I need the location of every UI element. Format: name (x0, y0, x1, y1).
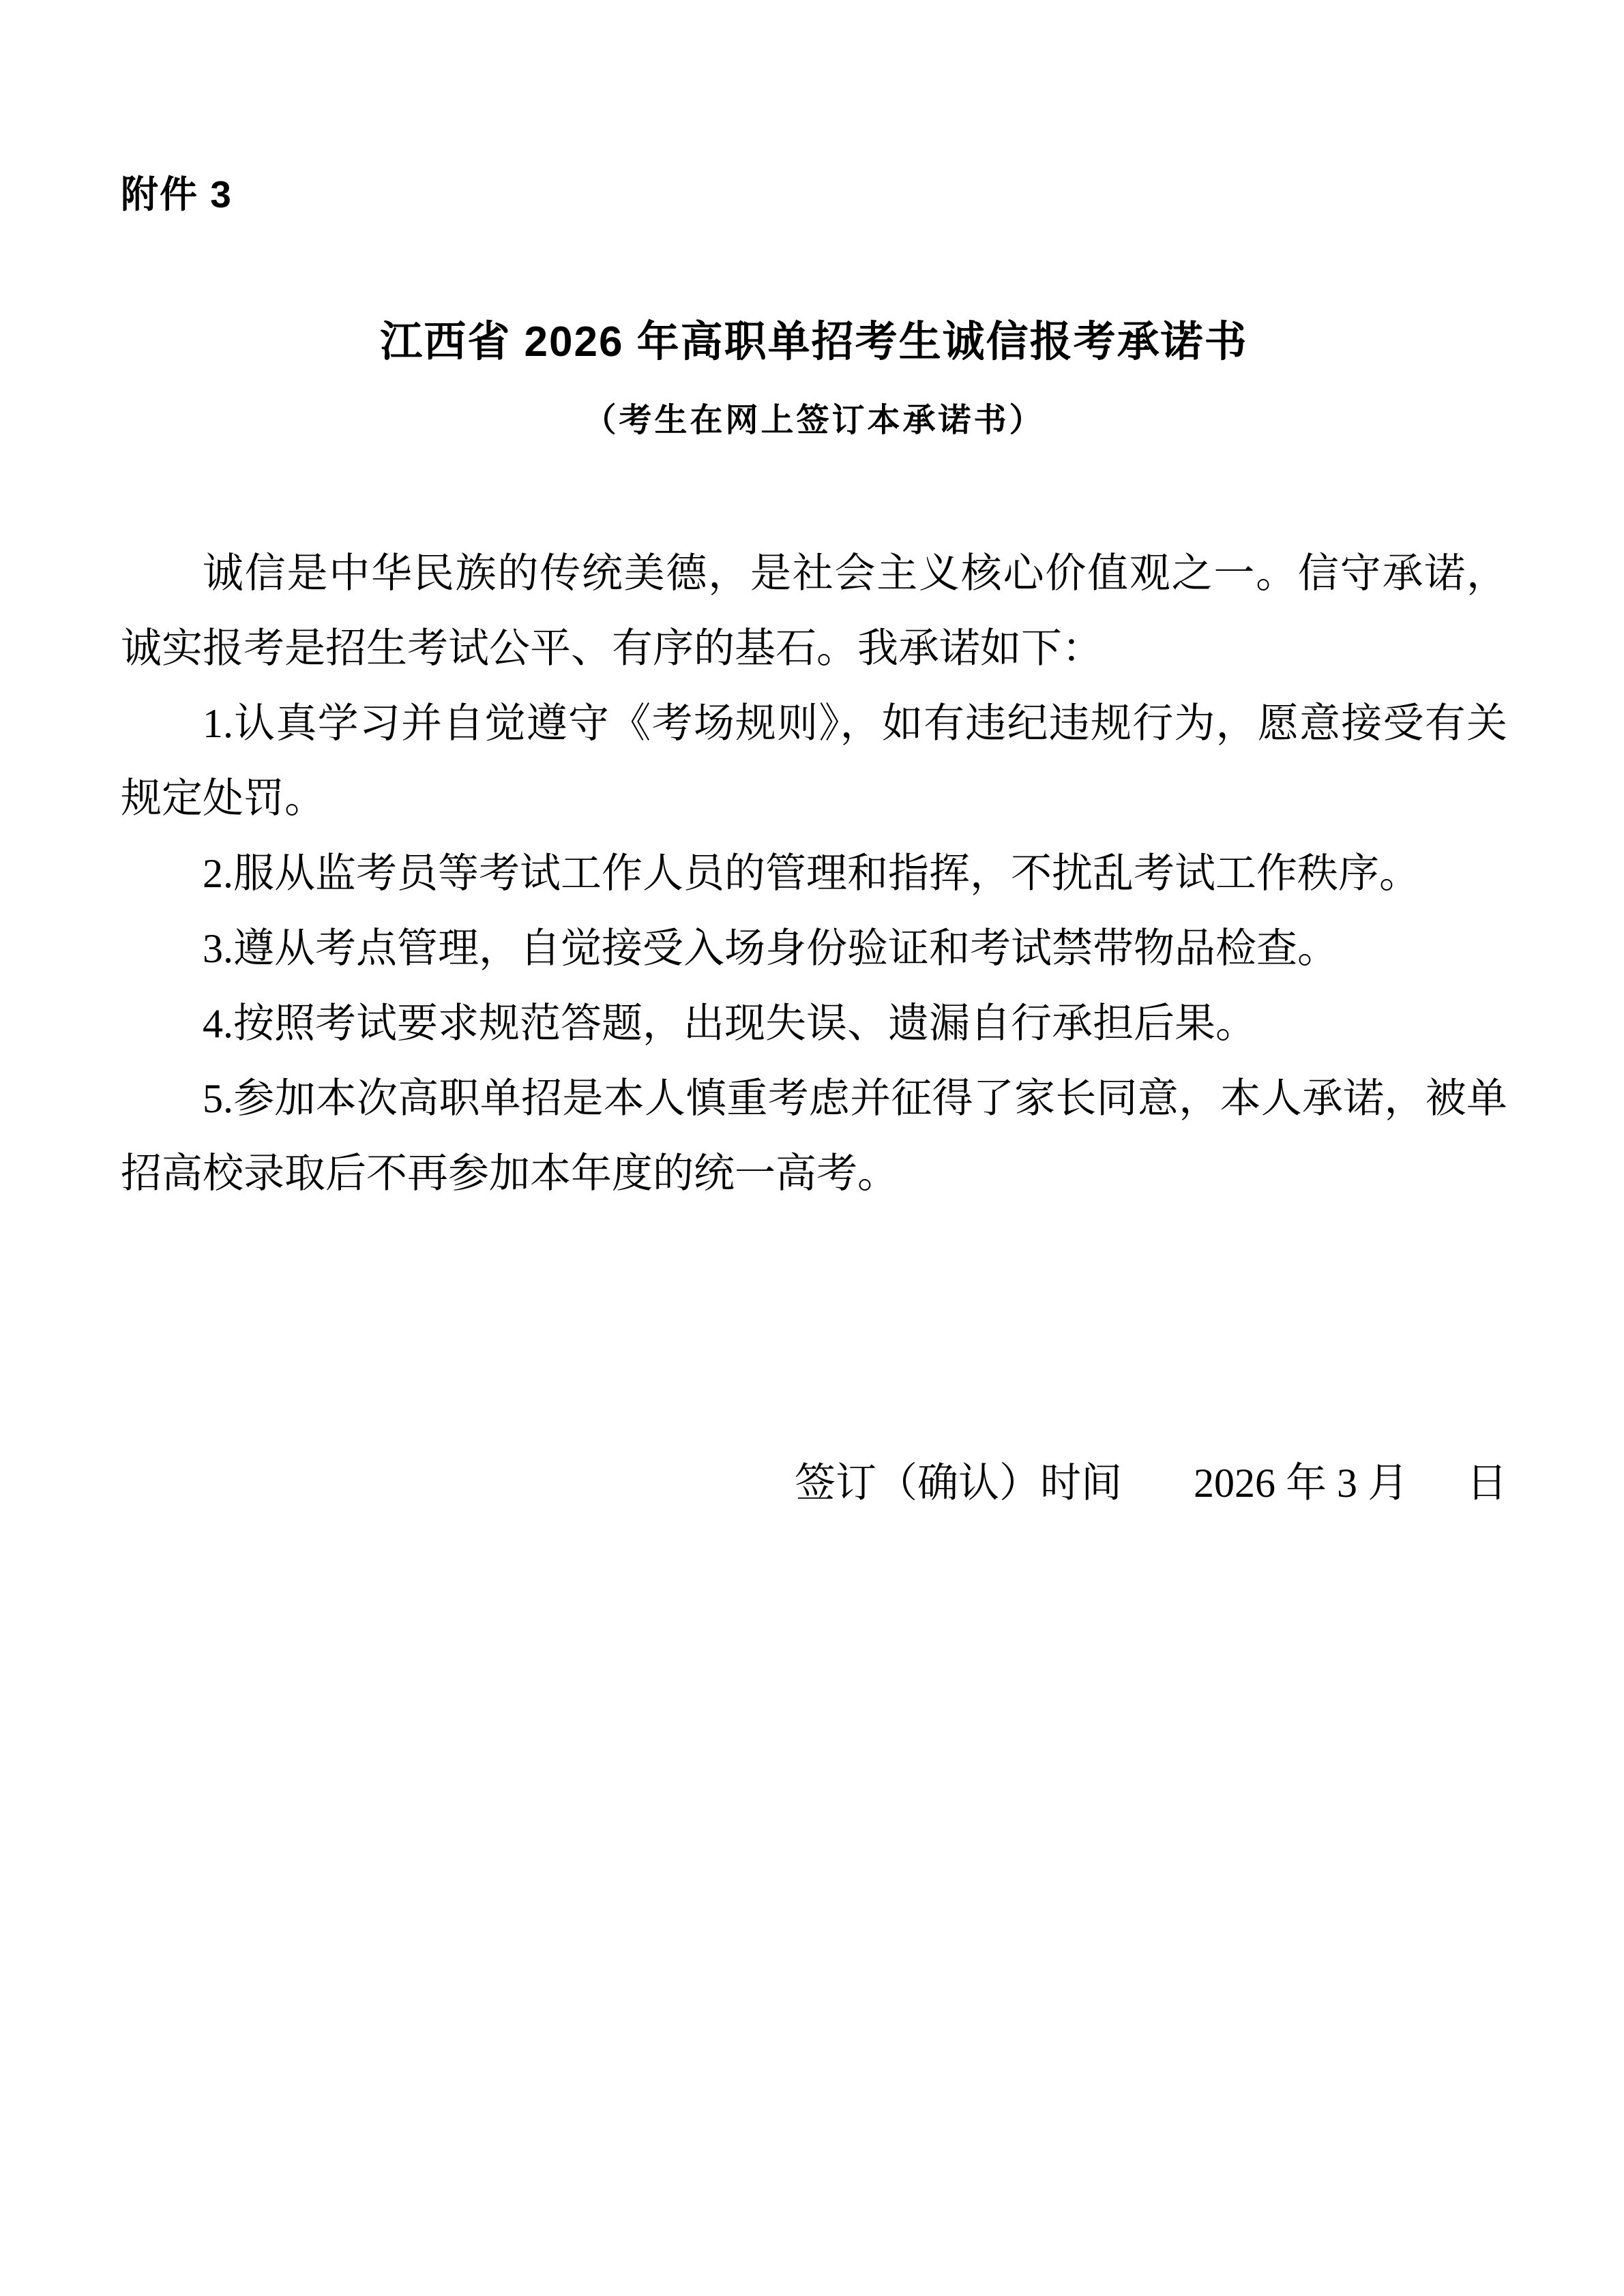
paragraph-item-4: 4.按照考试要求规范答题，出现失误、遗漏自行承担后果。 (121, 986, 1507, 1061)
signature-label: 签订（确认）时间 (795, 1461, 1122, 1506)
document-body: 诚信是中华民族的传统美德，是社会主义核心价值观之一。信守承诺，诚实报考是招生考试… (121, 536, 1507, 1211)
paragraph-item-5: 5.参加本次高职单招是本人慎重考虑并征得了家长同意，本人承诺，被单招高校录取后不… (121, 1061, 1507, 1211)
paragraph-item-1: 1.认真学习并自觉遵守《考场规则》，如有违纪违规行为，愿意接受有关规定处罚。 (121, 686, 1507, 836)
page-subtitle: （考生在网上签订本承诺书） (121, 401, 1507, 441)
paragraph-item-3: 3.遵从考点管理，自觉接受入场身份验证和考试禁带物品检查。 (121, 911, 1507, 986)
signature-line: 签订（确认）时间2026 年 3 月日 (795, 1446, 1507, 1521)
page-title: 江西省 2026 年高职单招考生诚信报考承诺书 (121, 319, 1507, 366)
signature-date: 2026 年 3 月 (1194, 1461, 1408, 1506)
paragraph-item-2: 2.服从监考员等考试工作人员的管理和指挥，不扰乱考试工作秩序。 (121, 836, 1507, 911)
document-page: 附件 3 江西省 2026 年高职单招考生诚信报考承诺书 （考生在网上签订本承诺… (0, 0, 1624, 2296)
paragraph-intro: 诚信是中华民族的传统美德，是社会主义核心价值观之一。信守承诺，诚实报考是招生考试… (121, 536, 1507, 686)
attachment-label: 附件 3 (121, 0, 1507, 217)
signature-day: 日 (1466, 1461, 1507, 1506)
